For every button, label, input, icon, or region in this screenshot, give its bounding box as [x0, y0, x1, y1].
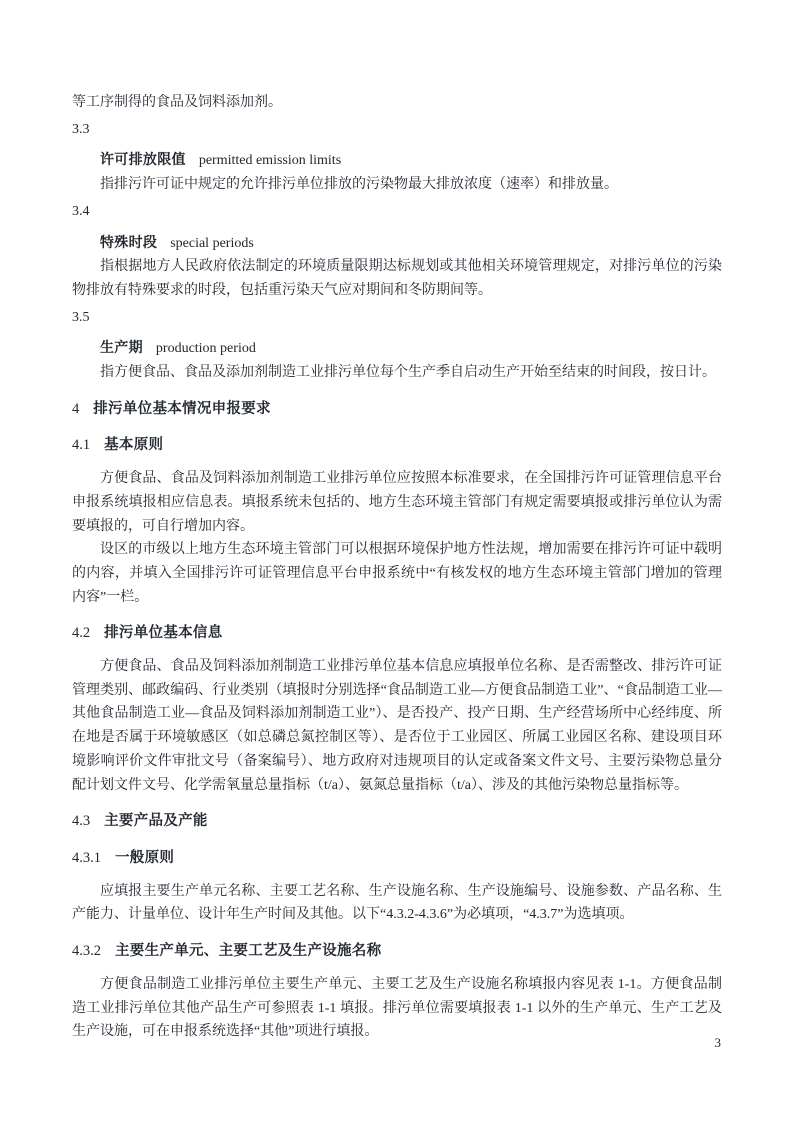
section-heading-4: 4排污单位基本情况申报要求: [72, 398, 722, 422]
term-heading-3-3: 许可排放限值permitted emission limits: [72, 149, 722, 173]
term-en: permitted emission limits: [199, 153, 341, 168]
section-number: 4.1: [72, 437, 90, 453]
section-number: 4: [72, 401, 79, 417]
body-paragraph: 设区的市级以上地方生态环境主管部门可以根据环境保护地方性法规，增加需要在排污许可…: [72, 538, 722, 609]
term-definition: 指方便食品、食品及添加剂制造工业排污单位每个生产季自启动生产开始至结束的时间段，…: [72, 361, 722, 385]
section-title: 排污单位基本信息: [104, 625, 222, 641]
body-paragraph: 方便食品、食品及饲料添加剂制造工业排污单位基本信息应填报单位名称、是否需整改、排…: [72, 655, 722, 797]
section-number: 4.3: [72, 813, 90, 829]
document-page: 等工序制得的食品及饲料添加剂。 3.3 许可排放限值permitted emis…: [0, 0, 793, 1122]
section-title: 基本原则: [104, 437, 163, 453]
section-title: 一般原则: [115, 850, 174, 866]
term-en: special periods: [170, 236, 254, 251]
clause-number-3-5: 3.5: [72, 306, 722, 330]
term-definition: 指根据地方人民政府依法制定的环境质量限期达标规划或其他相关环境管理规定，对排污单…: [72, 255, 722, 302]
body-paragraph: 方便食品制造工业排污单位主要生产单元、主要工艺及生产设施名称填报内容见表 1-1…: [72, 973, 722, 1044]
section-heading-4-3: 4.3主要产品及产能: [72, 810, 722, 834]
term-zh: 生产期: [100, 341, 143, 356]
term-heading-3-5: 生产期production period: [72, 337, 722, 361]
section-title: 主要生产单元、主要工艺及生产设施名称: [115, 943, 381, 959]
term-zh: 许可排放限值: [100, 153, 186, 168]
body-paragraph: 应填报主要生产单元名称、主要工艺名称、生产设施名称、生产设施编号、设施参数、产品…: [72, 880, 722, 927]
section-heading-4-3-1: 4.3.1一般原则: [72, 847, 722, 871]
clause-number-3-4: 3.4: [72, 200, 722, 224]
document-body: 等工序制得的食品及饲料添加剂。 3.3 许可排放限值permitted emis…: [72, 91, 722, 1044]
continuation-paragraph: 等工序制得的食品及饲料添加剂。: [72, 91, 722, 115]
section-title: 排污单位基本情况申报要求: [93, 401, 271, 417]
section-heading-4-1: 4.1基本原则: [72, 434, 722, 458]
term-definition: 指排污许可证中规定的允许排污单位排放的污染物最大排放浓度（速率）和排放量。: [72, 173, 722, 197]
body-paragraph: 方便食品、食品及饲料添加剂制造工业排污单位应按照本标准要求，在全国排污许可证管理…: [72, 467, 722, 538]
term-en: production period: [156, 341, 256, 356]
section-heading-4-2: 4.2排污单位基本信息: [72, 622, 722, 646]
section-title: 主要产品及产能: [104, 813, 208, 829]
section-heading-4-3-2: 4.3.2主要生产单元、主要工艺及生产设施名称: [72, 940, 722, 964]
page-number: 3: [715, 1035, 722, 1051]
clause-number-3-3: 3.3: [72, 118, 722, 142]
term-zh: 特殊时段: [100, 236, 157, 251]
section-number: 4.3.2: [72, 943, 101, 959]
term-heading-3-4: 特殊时段special periods: [72, 232, 722, 256]
section-number: 4.2: [72, 625, 90, 641]
section-number: 4.3.1: [72, 850, 101, 866]
